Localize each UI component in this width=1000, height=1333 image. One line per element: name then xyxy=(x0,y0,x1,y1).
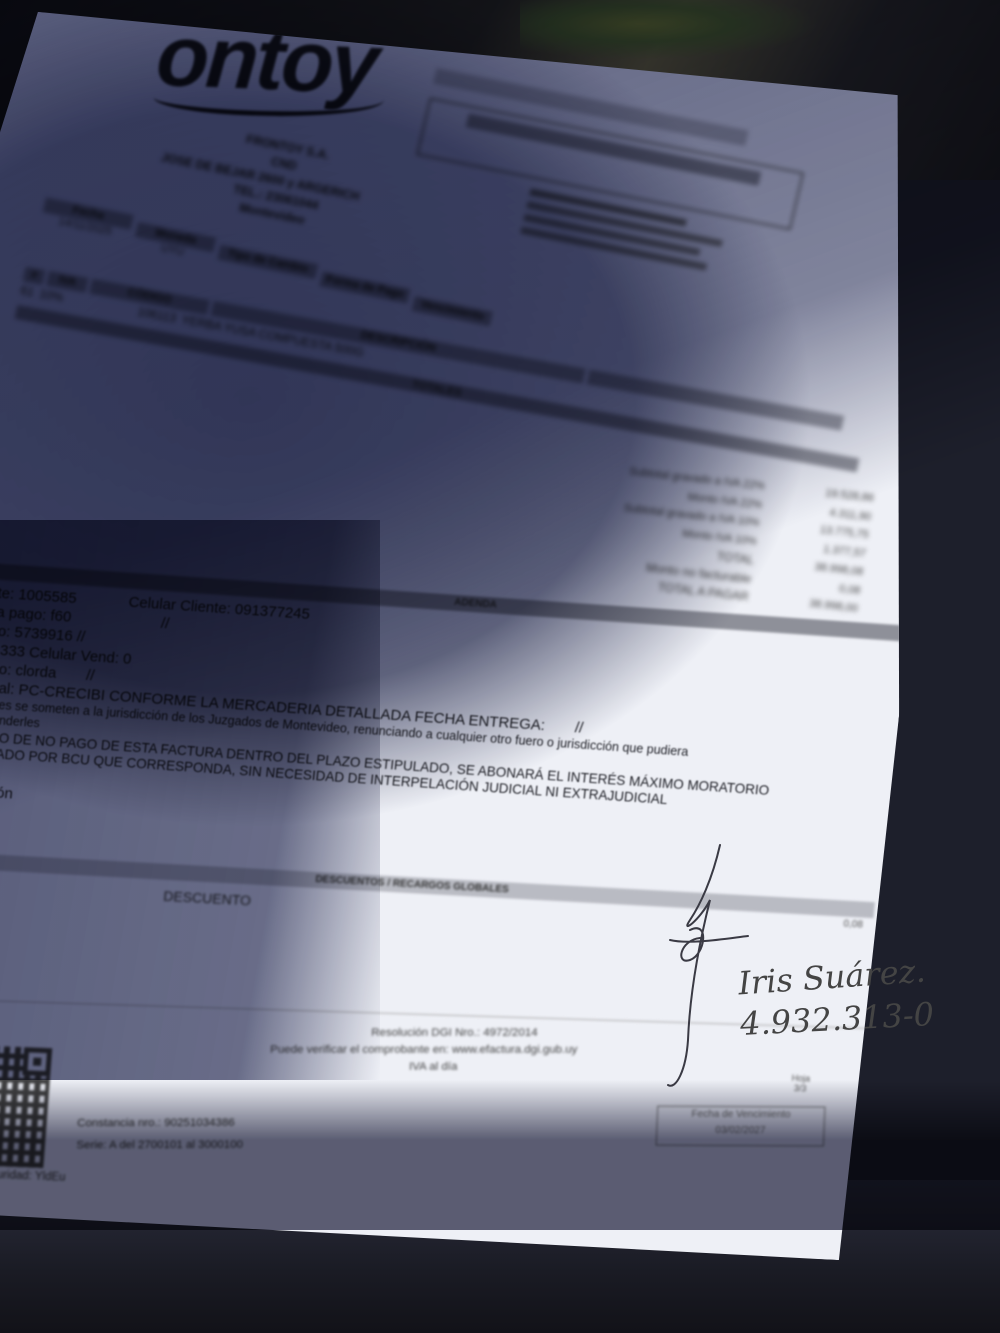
signature-icon xyxy=(0,0,1000,1333)
